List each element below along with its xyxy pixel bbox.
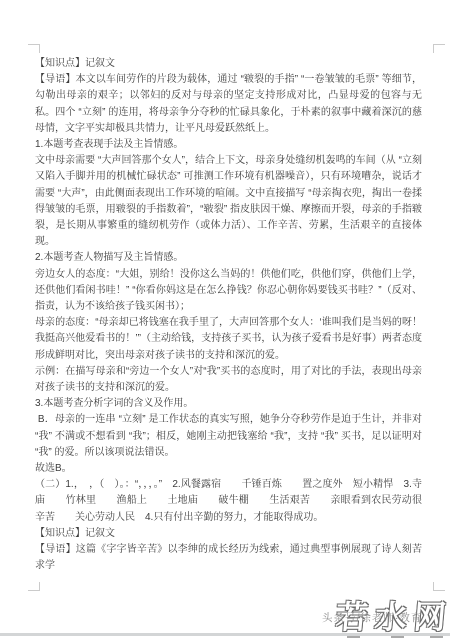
margin-crop-mark-bottom-right bbox=[433, 582, 445, 591]
paragraph-example-answer: 示例：在描写母亲和“旁边一个女人”对“我”买书的态度时，用了对比的手法，表现出母… bbox=[35, 364, 422, 396]
page-bottom-edge-line bbox=[0, 633, 450, 636]
paragraph-option-b-analysis: B．母亲的一连串 “立刻” 是工作状态的真实写照，她争分夺秒劳作是迫于生计，并非… bbox=[35, 412, 422, 461]
margin-crop-mark-top-right bbox=[433, 44, 445, 53]
paragraph-knowledge-point-2: 【知识点】记叙文 bbox=[35, 526, 422, 542]
watermark-dash bbox=[391, 636, 404, 638]
paragraph-question-3-heading: 3.本题考查分析字词的含义及作用。 bbox=[35, 396, 422, 412]
paragraph-woman-attitude: 旁边女人的态度：“大姐，别给！没你这么当妈的！供他们吃，供他们穿，供他们上学，还… bbox=[35, 267, 422, 316]
paragraph-question-1-heading: 1.本题考查表现手法及主旨情感。 bbox=[35, 137, 422, 153]
document-text-block: 【知识点】记叙文 【导语】本文以车间劳作的片段为载体，通过 “皲裂的手指” “一… bbox=[35, 56, 422, 575]
watermark-dash bbox=[430, 636, 443, 638]
paragraph-mother-attitude: 母亲的态度：“母亲却已将钱塞在我手里了，大声回答那个女人：‘谁叫我们是当妈的呀！… bbox=[35, 315, 422, 364]
paragraph-answer-b: 故选B。 bbox=[35, 461, 422, 477]
paragraph-daoyu-1: 【导语】本文以车间劳作的片段为载体，通过 “皲裂的手指” “一卷皱皱的毛票” 等… bbox=[35, 72, 422, 137]
watermark-underline-dashes bbox=[0, 636, 450, 639]
paragraph-section-two-answers: （二）1.， ，（ ）。：“，，，。” 2.风餐露宿 千锤百炼 置之度外 短小精… bbox=[35, 477, 422, 526]
margin-crop-mark-top-left bbox=[28, 44, 40, 53]
watermark-toutiao-overlay-text: 头条号/徐老师·教育 bbox=[322, 610, 422, 625]
paragraph-question-1-analysis: 文中母亲需要 “大声回答那个女人”，结合上下文，母亲身处缝纫机轰鸣的车间（从 “… bbox=[35, 153, 422, 250]
margin-crop-mark-bottom-left bbox=[28, 582, 40, 591]
paragraph-daoyu-2: 【导语】这篇《字字皆辛苦》以李绅的成长经历为线索，通过典型事例展现了诗人刻苦求学 bbox=[35, 542, 422, 574]
document-page: 【知识点】记叙文 【导语】本文以车间劳作的片段为载体，通过 “皲裂的手指” “一… bbox=[0, 0, 450, 640]
watermark-dash bbox=[347, 636, 360, 638]
paragraph-knowledge-point-1: 【知识点】记叙文 bbox=[35, 56, 422, 72]
paragraph-question-2-heading: 2.本题考查人物描写及主旨情感。 bbox=[35, 250, 422, 266]
